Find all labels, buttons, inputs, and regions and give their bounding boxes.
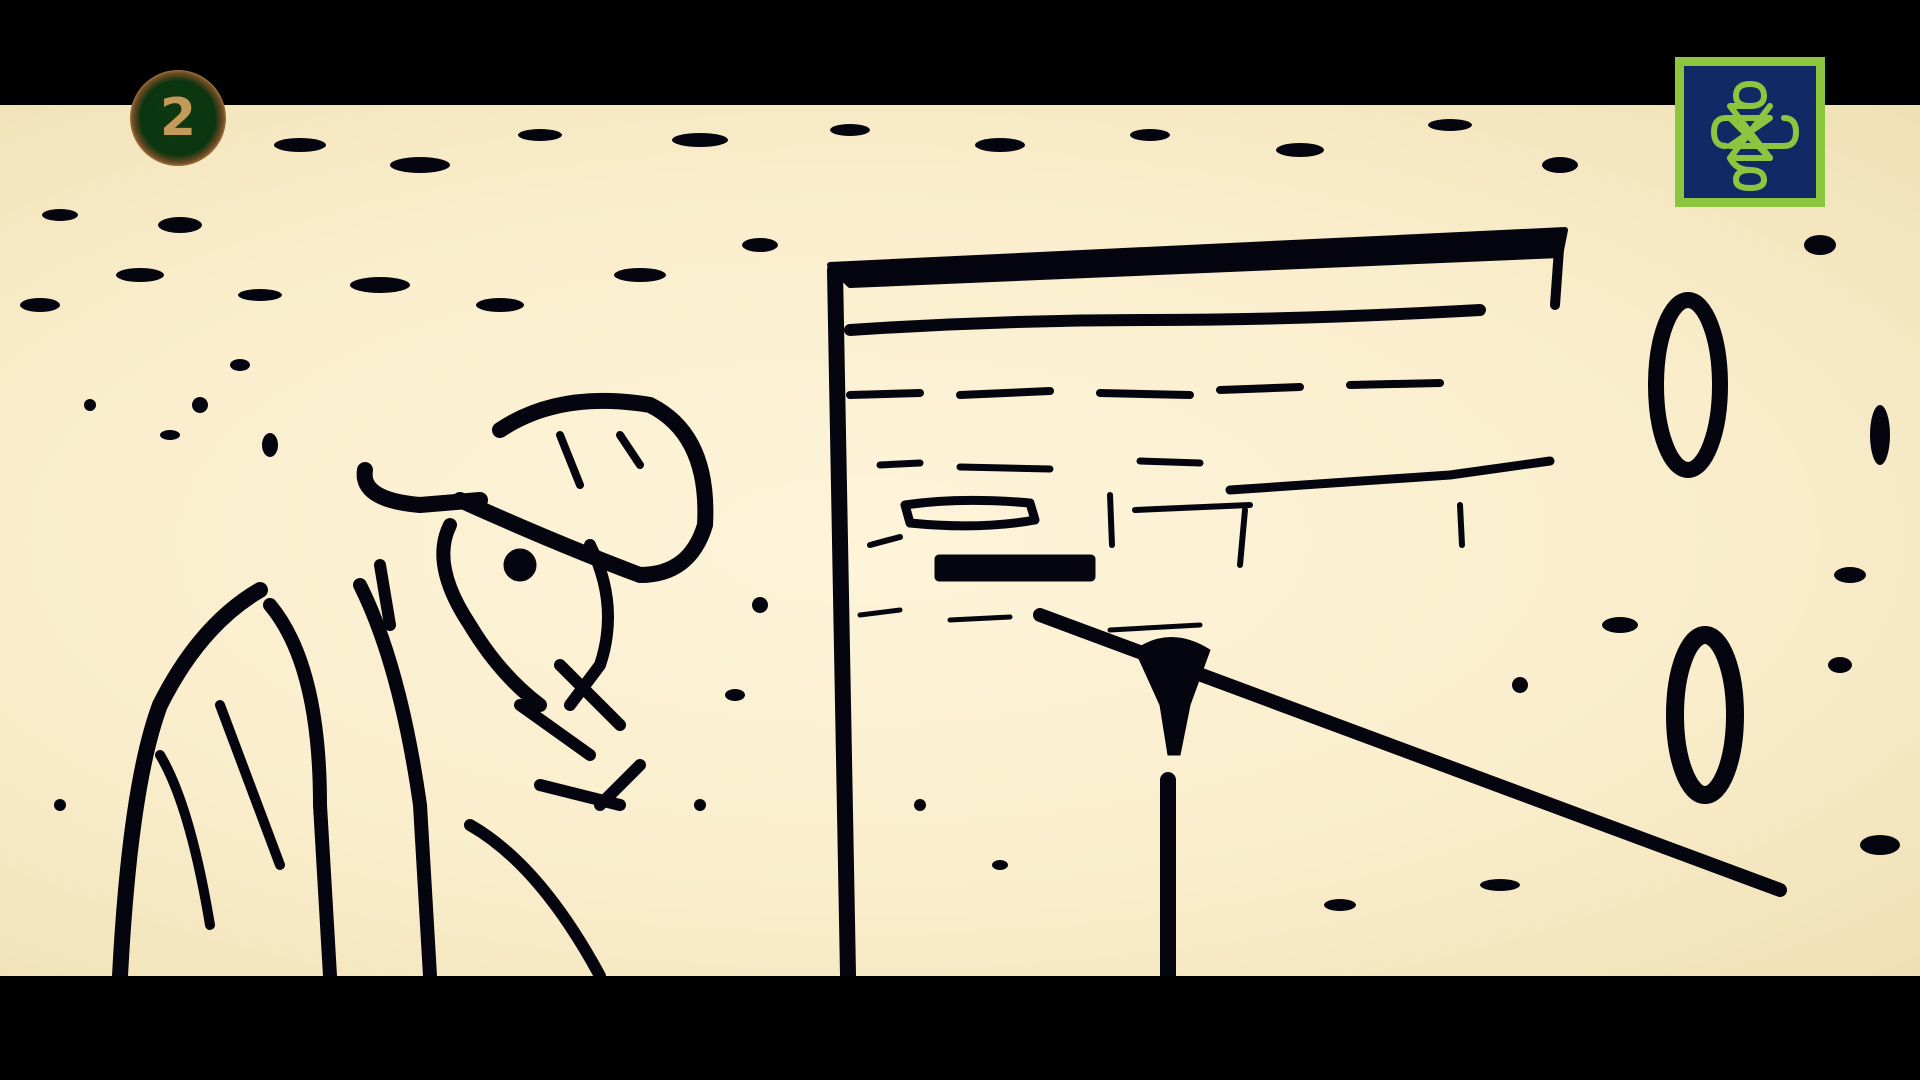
episode-number-badge-icon: 2 (130, 70, 226, 166)
episode-number: 2 (160, 92, 196, 144)
channel-logo (1675, 57, 1825, 207)
letterbox-top (0, 0, 1920, 105)
knot-emblem-logo-icon (1684, 66, 1816, 198)
ink-illustration (0, 105, 1920, 976)
letterbox-bottom (0, 976, 1920, 1080)
video-frame (0, 105, 1920, 976)
